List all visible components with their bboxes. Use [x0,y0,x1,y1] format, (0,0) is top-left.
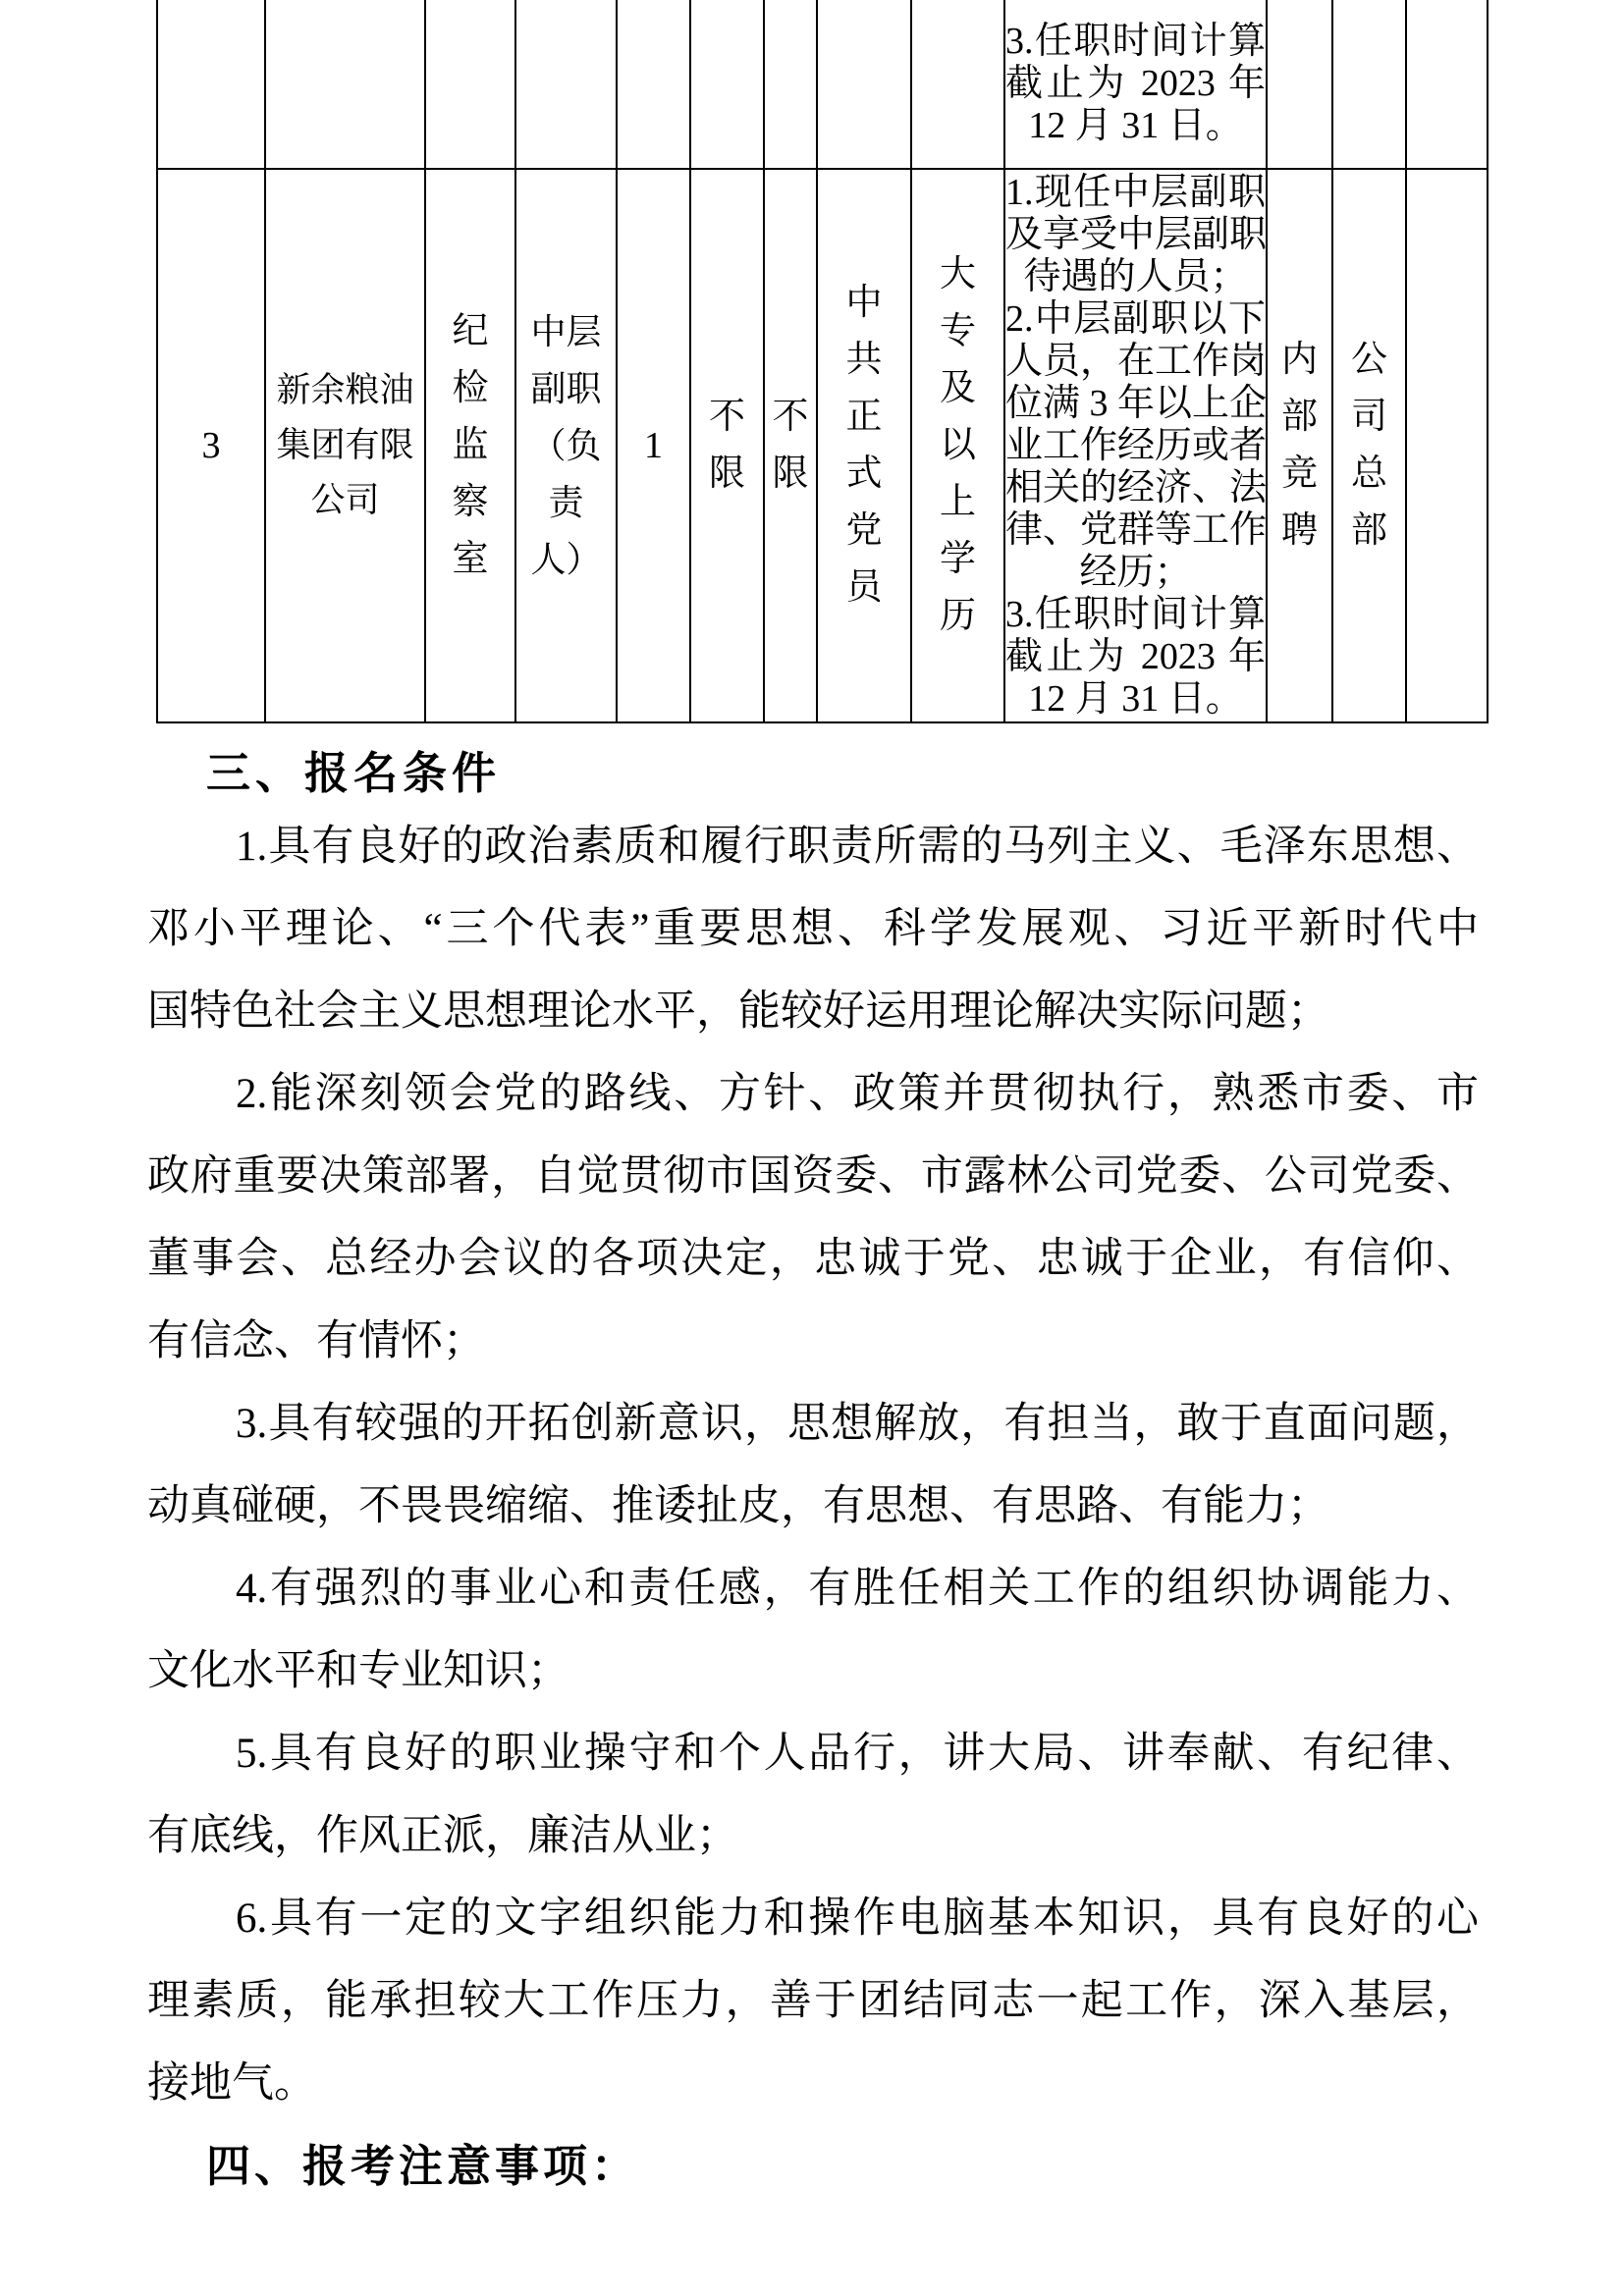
cell-empty [1267,0,1332,169]
body-line: 国特色社会主义思想理论水平，能较好运用理论解决实际问题； [147,971,1479,1053]
recruitment-table: 3.任职时间计算 截止为 2023 年 12 月 31 日。 3 新余粮油 集团… [156,0,1489,723]
work-location-text: 公司总部 [1349,332,1390,560]
body-line: 董事会、总经办会议的各项决定，忠诚于党、忠诚于企业，有信仰、 [147,1218,1479,1301]
requirement-line: 及享受中层副职 [1005,214,1266,256]
cell-education-requirement: 大专及以上学历 [911,169,1004,722]
body-line: 有底线，作风正派，廉洁从业； [147,1795,1479,1878]
cell-empty [817,0,911,169]
cell-headcount: 1 [617,169,690,722]
section-heading-conditions: 三、报名条件 [147,741,1479,806]
gender-limit-text: 不限 [770,389,811,503]
cell-empty [157,0,265,169]
requirement-line: 经历； [1005,552,1266,594]
body-line: 5.具有良好的职业操守和个人品行，讲大局、讲奉献、有纪律、 [147,1713,1479,1795]
body-line: 文化水平和专业知识； [147,1630,1479,1713]
requirement-line: 3.任职时间计算 [1005,594,1266,636]
company-name-line: 新余粮油 [266,363,424,418]
cell-recruitment-channel: 内部竞聘 [1267,169,1332,722]
cell-empty [911,0,1004,169]
document-page: 3.任职时间计算 截止为 2023 年 12 月 31 日。 3 新余粮油 集团… [0,0,1624,2296]
company-name-line: 公司 [266,473,424,528]
cell-empty [265,0,425,169]
recruitment-channel-text: 内部竞聘 [1279,332,1321,560]
cell-empty [617,0,690,169]
body-line: 政府重要决策部署，自觉贯彻市国资委、市露林公司党委、公司党委、 [147,1136,1479,1218]
requirement-line: 人员，在工作岗 [1005,341,1266,383]
requirement-line: 1.现任中层副职 [1005,172,1266,214]
body-line: 接地气。 [147,2043,1479,2125]
cell-position: 中层 副职 （负 责 人） [515,169,617,722]
body-line: 有信念、有情怀； [147,1301,1479,1383]
requirement-line: 2.中层副职以下 [1005,298,1266,341]
cell-work-location: 公司总部 [1332,169,1406,722]
requirement-line: 待遇的人员； [1005,256,1266,298]
requirement-line: 律、党群等工作 [1005,509,1266,552]
body-line: 理素质，能承担较大工作压力，善于团结同志一起工作，深入基层， [147,1960,1479,2043]
body-line: 邓小平理论、“三个代表”重要思想、科学发展观、习近平新时代中 [147,888,1479,971]
body-line: 4.有强烈的事业心和责任感，有胜任相关工作的组织协调能力、 [147,1548,1479,1630]
department-text: 纪检监察室 [450,303,491,588]
body-line: 6.具有一定的文字组织能力和操作电脑基本知识，具有良好的心 [147,1878,1479,1960]
position-line: 责 [516,474,616,531]
position-line: 中层 [516,303,616,360]
body-line: 1.具有良好的政治素质和履行职责所需的马列主义、毛泽东思想、 [147,806,1479,888]
requirement-line: 12 月 31 日。 [1005,678,1266,721]
requirement-line: 截止为 2023 年 [1005,636,1266,678]
requirement-line: 截止为 2023 年 [1005,63,1266,105]
body-line: 2.能深刻领会党的路线、方针、政策并贯彻执行，熟悉市委、市 [147,1053,1479,1136]
requirement-line: 业工作经历或者 [1005,425,1266,467]
cell-empty [764,0,817,169]
requirement-line: 3.任职时间计算 [1005,21,1266,63]
document-body: 三、报名条件 1.具有良好的政治素质和履行职责所需的马列主义、毛泽东思想、 邓小… [147,741,1479,2208]
position-line: 副职 [516,360,616,417]
company-name-line: 集团有限 [266,418,424,473]
cell-empty [1406,0,1488,169]
requirement-line: 位满 3 年以上企 [1005,383,1266,425]
requirement-line: 相关的经济、法 [1005,467,1266,509]
position-line: （负 [516,417,616,474]
cell-requirements-continued: 3.任职时间计算 截止为 2023 年 12 月 31 日。 [1004,0,1267,169]
requirement-line: 12 月 31 日。 [1005,105,1266,147]
table-row-position-3: 3 新余粮油 集团有限 公司 纪检监察室 中层 副职 （负 责 人） 1 不限 … [157,169,1488,722]
cell-party-requirement: 中共正式党员 [817,169,911,722]
cell-empty [425,0,515,169]
cell-empty [690,0,764,169]
cell-empty [515,0,617,169]
body-line: 动真碰硬，不畏畏缩缩、推诿扯皮，有思想、有思路、有能力； [147,1466,1479,1548]
table-row-continuation: 3.任职时间计算 截止为 2023 年 12 月 31 日。 [157,0,1488,169]
cell-department: 纪检监察室 [425,169,515,722]
cell-gender-limit: 不限 [764,169,817,722]
education-requirement-text: 大专及以上学历 [938,246,979,645]
age-limit-text: 不限 [707,389,748,503]
cell-age-limit: 不限 [690,169,764,722]
body-line: 3.具有较强的开拓创新意识，思想解放，有担当，敢于直面问题， [147,1383,1479,1466]
position-line: 人） [516,531,616,588]
party-requirement-text: 中共正式党员 [843,275,885,616]
cell-requirements: 1.现任中层副职 及享受中层副职 待遇的人员； 2.中层副职以下 人员，在工作岗… [1004,169,1267,722]
cell-empty [1332,0,1406,169]
cell-company: 新余粮油 集团有限 公司 [265,169,425,722]
section-heading-notes: 四、报考注意事项： [147,2125,1479,2208]
cell-seq: 3 [157,169,265,722]
cell-empty [1406,169,1488,722]
